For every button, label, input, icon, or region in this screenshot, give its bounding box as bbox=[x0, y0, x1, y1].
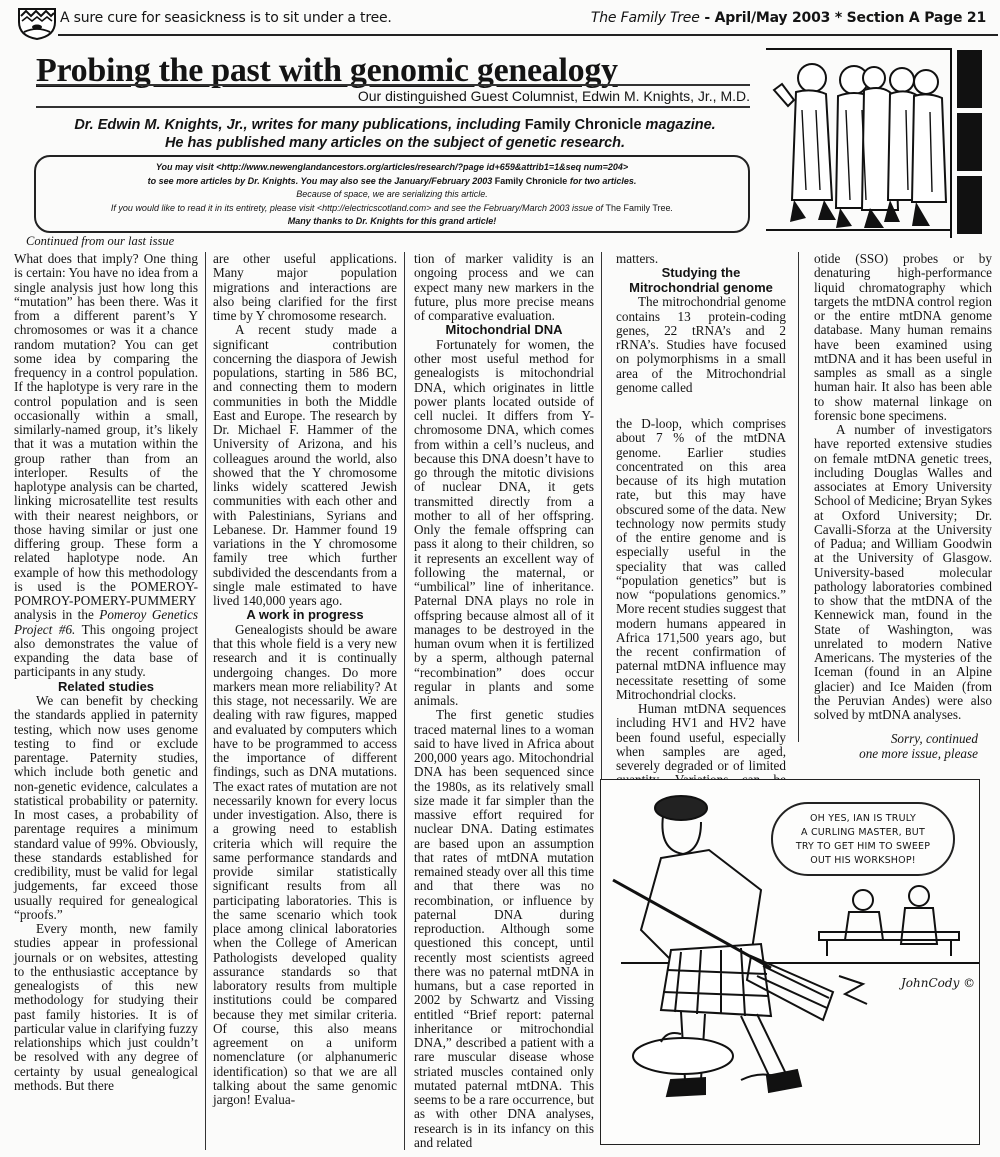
column-rule bbox=[601, 252, 602, 779]
paragraph: matters. bbox=[616, 252, 786, 266]
header-rule bbox=[58, 34, 998, 36]
continued-note-line: Sorry, continued bbox=[814, 732, 978, 746]
curling-cartoon: OH YES, IAN IS TRULY A CURLING MASTER, B… bbox=[600, 779, 980, 1145]
subhead-line: Studying the bbox=[662, 265, 741, 280]
header-quote: A sure cure for seasickness is to sit un… bbox=[60, 10, 392, 26]
continued-from-note: Continued from our last issue bbox=[26, 234, 174, 249]
continued-note: Sorry, continued one more issue, please bbox=[814, 732, 992, 761]
cartoonist-signature: JohnCody © bbox=[901, 976, 975, 990]
byline-rule bbox=[36, 106, 750, 108]
page-folio: The Family Tree - April/May 2003 * Secti… bbox=[591, 10, 986, 26]
article-column-4: matters. Studying theMitrochondrial geno… bbox=[616, 252, 786, 816]
info-box: You may visit <http://www.newenglandance… bbox=[34, 155, 750, 233]
paragraph: tion of marker validity is an ongoing pr… bbox=[414, 252, 594, 323]
paragraph: Every month, new family studies appear i… bbox=[14, 922, 198, 1093]
woodcut-figures-image bbox=[766, 50, 950, 238]
paragraph: The mitrochondrial genome contains 13 pr… bbox=[616, 295, 786, 395]
subhead-related-studies: Related studies bbox=[14, 680, 198, 695]
magazine-title: Family Chronicle bbox=[525, 117, 642, 133]
issue-info: - April/May 2003 * Section A Page 21 bbox=[700, 10, 986, 26]
black-bar bbox=[957, 176, 982, 234]
column-rule bbox=[798, 252, 799, 742]
intro-text: magazine. bbox=[642, 117, 716, 133]
info-link-2[interactable]: If you would like to read it in its enti… bbox=[111, 203, 606, 213]
intro-text: Dr. Edwin M. Knights, Jr., writes for ma… bbox=[74, 117, 524, 133]
black-bar bbox=[957, 50, 982, 108]
info-link-1[interactable]: You may visit <http://www.newenglandance… bbox=[36, 161, 748, 175]
continued-note-line: one more issue, please bbox=[814, 747, 978, 761]
article-column-2: are other useful applications. Many majo… bbox=[213, 252, 397, 1107]
paragraph-text: What does that imply? One thing is certa… bbox=[14, 251, 198, 622]
paragraph: A number of investigators have reported … bbox=[814, 423, 992, 722]
subhead-mitochondrial-dna: Mitochondrial DNA bbox=[414, 323, 594, 338]
info-line-4: If you would like to read it in its enti… bbox=[36, 202, 748, 216]
article-column-5: otide (SSO) probes or by denaturing high… bbox=[814, 252, 992, 761]
speech-line: TRY TO GET HIM TO SWEEP bbox=[773, 840, 953, 854]
paragraph: The first genetic studies traced materna… bbox=[414, 708, 594, 1150]
info-text: to see more articles by Dr. Knights. You… bbox=[148, 176, 495, 186]
paragraph: We can benefit by checking the standards… bbox=[14, 694, 198, 922]
info-thanks: Many thanks to Dr. Knights for this gran… bbox=[36, 215, 748, 229]
headline-rule bbox=[36, 84, 750, 86]
paragraph: A recent study made a significant contri… bbox=[213, 323, 397, 608]
publication-name: The Family Tree bbox=[606, 203, 671, 213]
info-line-3: Because of space, we are serializing thi… bbox=[36, 188, 748, 202]
speech-bubble: OH YES, IAN IS TRULY A CURLING MASTER, B… bbox=[771, 802, 955, 876]
subhead-line: Mitrochondrial genome bbox=[629, 280, 773, 295]
running-header: A sure cure for seasickness is to sit un… bbox=[0, 0, 1000, 40]
byline: Our distinguished Guest Columnist, Edwin… bbox=[358, 88, 750, 104]
paragraph: Genealogists should be aware that this w… bbox=[213, 623, 397, 1108]
speech-line: A CURLING MASTER, BUT bbox=[773, 826, 953, 840]
info-text: for two articles. bbox=[567, 176, 636, 186]
decorative-black-bars bbox=[957, 50, 982, 238]
black-bar bbox=[957, 113, 982, 171]
paragraph: otide (SSO) probes or by denaturing high… bbox=[814, 252, 992, 423]
article-column-1: What does that imply? One thing is certa… bbox=[14, 252, 198, 1093]
magazine-title: Family Chronicle bbox=[495, 176, 568, 186]
paragraph: What does that imply? One thing is certa… bbox=[14, 252, 198, 680]
paragraph: are other useful applications. Many majo… bbox=[213, 252, 397, 323]
tree-crest-icon bbox=[16, 6, 58, 40]
paragraph: the D-loop, which comprises about 7 % of… bbox=[616, 417, 786, 702]
medieval-woodcut-illustration bbox=[766, 48, 952, 238]
column-rule bbox=[205, 252, 206, 1150]
speech-line: OUT HIS WORKSHOP! bbox=[773, 854, 953, 868]
intro-line-2: He has published many articles on the su… bbox=[40, 134, 750, 152]
subhead-work-in-progress: A work in progress bbox=[213, 608, 397, 623]
info-text: . bbox=[671, 203, 674, 213]
subhead-studying-genome: Studying theMitrochondrial genome bbox=[616, 266, 786, 295]
column-rule bbox=[404, 252, 405, 1150]
info-line-2: to see more articles by Dr. Knights. You… bbox=[36, 175, 748, 189]
speech-line: OH YES, IAN IS TRULY bbox=[773, 812, 953, 826]
author-intro: Dr. Edwin M. Knights, Jr., writes for ma… bbox=[40, 116, 750, 152]
publication-name: The Family Tree bbox=[591, 10, 700, 26]
paragraph: Fortunately for women, the other most us… bbox=[414, 338, 594, 709]
article-column-3: tion of marker validity is an ongoing pr… bbox=[414, 252, 594, 1150]
